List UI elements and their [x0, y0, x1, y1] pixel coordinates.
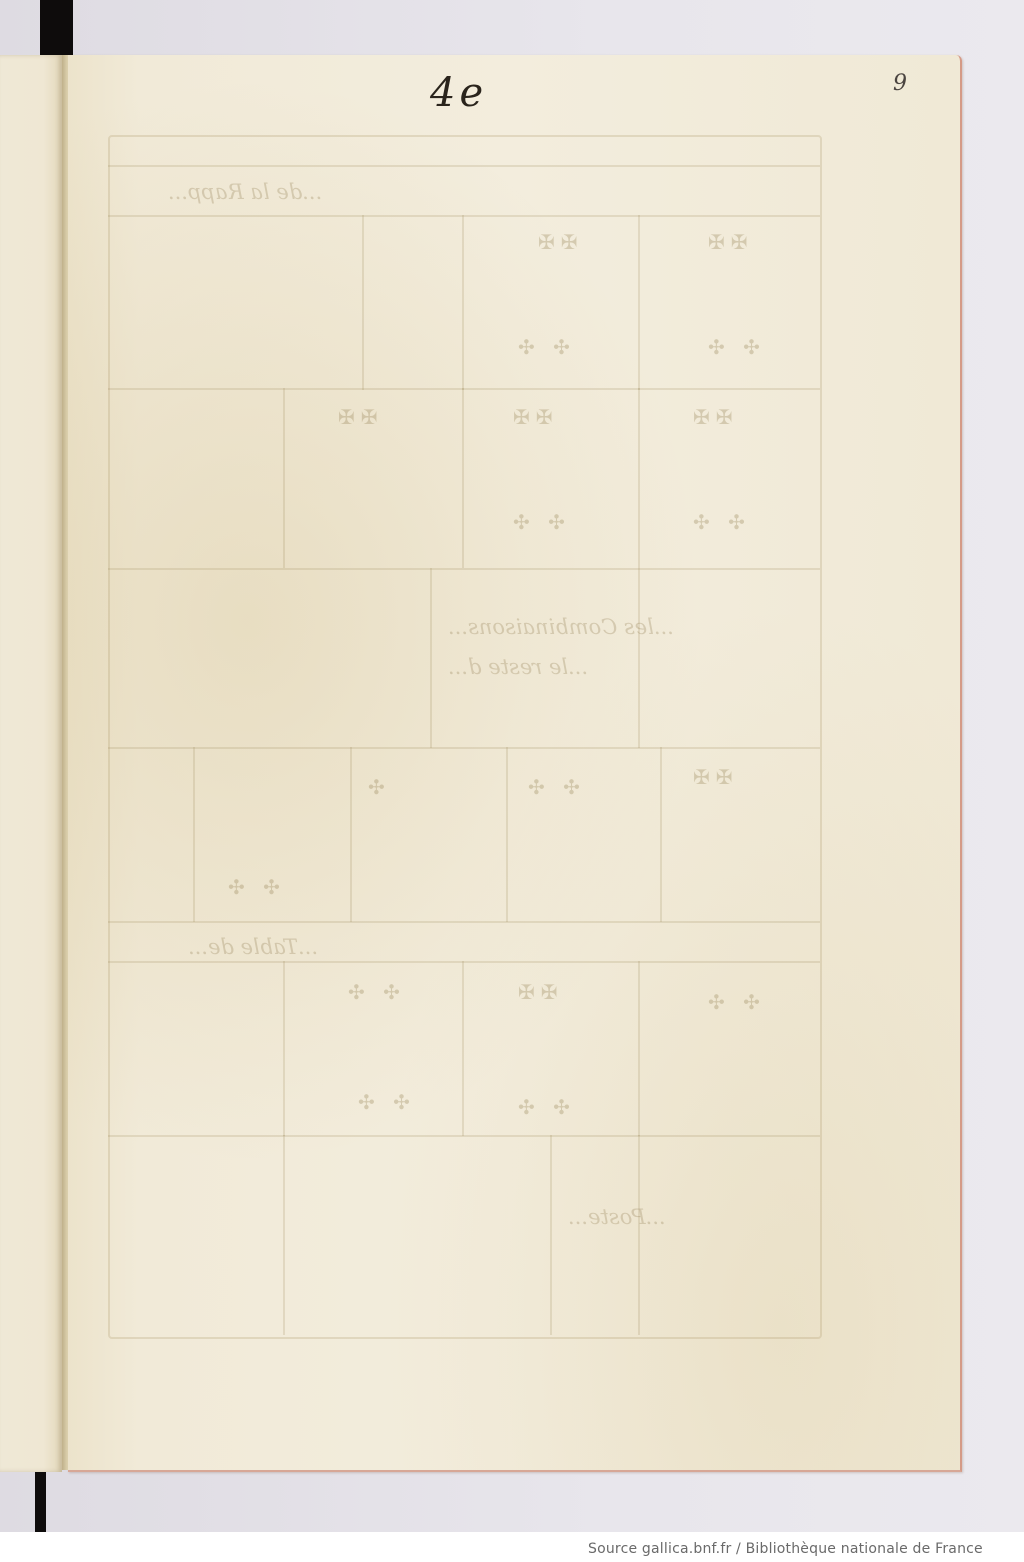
bleed-rule	[108, 1135, 820, 1137]
bleed-cross-ornament: ✣ ✣	[513, 510, 571, 534]
bleed-rule	[108, 747, 820, 749]
bleed-cross-ornament: ✠✠	[708, 230, 754, 254]
bleed-rule	[108, 961, 820, 963]
bleed-cross-ornament: ✣ ✣	[518, 335, 576, 359]
bleed-cross-ornament: ✠✠	[693, 405, 739, 429]
bleed-cross-ornament: ✣ ✣	[708, 335, 766, 359]
bleed-cross-ornament: ✠✠	[538, 230, 584, 254]
bleed-rule	[638, 388, 640, 568]
bleed-mirrored-text: ...Poste...	[568, 1205, 666, 1229]
bleed-rule	[430, 568, 432, 748]
bleed-cross-ornament: ✣ ✣	[518, 1095, 576, 1119]
bleed-cross-ornament: ✠✠	[338, 405, 384, 429]
bleed-rule	[108, 388, 820, 390]
bleed-cross-ornament: ✣	[368, 775, 391, 799]
bleed-cross-ornament: ✣ ✣	[228, 875, 286, 899]
bleed-rule	[638, 215, 640, 390]
bleed-mirrored-heading: ...Table de...	[188, 935, 318, 959]
bleed-mirrored-heading: ...de la Rapp...	[168, 180, 322, 204]
bleed-cross-ornament: ✠✠	[513, 405, 559, 429]
bleed-rule	[283, 388, 285, 568]
bleed-rule	[193, 747, 195, 922]
bleed-cross-ornament: ✣ ✣	[358, 1090, 416, 1114]
bleed-rule	[283, 961, 285, 1136]
left-page-edge	[0, 55, 62, 1472]
bleed-rule	[283, 1135, 285, 1335]
bleed-rule	[350, 747, 352, 922]
bleed-cross-ornament: ✣ ✣	[693, 510, 751, 534]
bleed-cross-ornament: ✣ ✣	[528, 775, 586, 799]
bleed-mirrored-text: ...le reste d...	[448, 655, 588, 679]
manuscript-page: ✠✠ ✠✠ ✣ ✣ ✣ ✣ ✠✠ ✠✠ ✠✠ ✣ ✣ ✣ ✣ ✠✠ ✣ ✣ ✣ …	[68, 55, 962, 1472]
bleed-rule	[462, 388, 464, 568]
folio-number: 9	[893, 71, 907, 96]
bleed-rule	[462, 961, 464, 1136]
bleed-rule	[362, 215, 364, 390]
bleed-rule	[462, 215, 464, 390]
source-credit: Source gallica.bnf.fr / Bibliothèque nat…	[588, 1541, 983, 1557]
bleed-rule	[108, 165, 820, 167]
bookmark-ribbon-bottom	[35, 1472, 46, 1532]
bleed-rule	[638, 961, 640, 1136]
bleed-rule	[108, 921, 820, 923]
bleed-cross-ornament: ✠✠	[518, 980, 564, 1004]
bleed-rule	[638, 568, 640, 748]
bleed-rule	[506, 747, 508, 922]
bleed-mirrored-text: ...les Combinaisons...	[448, 615, 674, 639]
bleed-rule	[108, 215, 820, 217]
bleed-rule	[108, 568, 820, 570]
bookmark-ribbon-top	[40, 0, 73, 58]
bleed-rule	[638, 1135, 640, 1335]
bleed-through-frame	[108, 135, 822, 1339]
handwritten-mark-4e: 4e	[430, 70, 487, 116]
bleed-cross-ornament: ✠✠	[693, 765, 739, 789]
bleed-rule	[660, 747, 662, 922]
bleed-rule	[550, 1135, 552, 1335]
bleed-cross-ornament: ✣ ✣	[348, 980, 406, 1004]
bleed-cross-ornament: ✣ ✣	[708, 990, 766, 1014]
